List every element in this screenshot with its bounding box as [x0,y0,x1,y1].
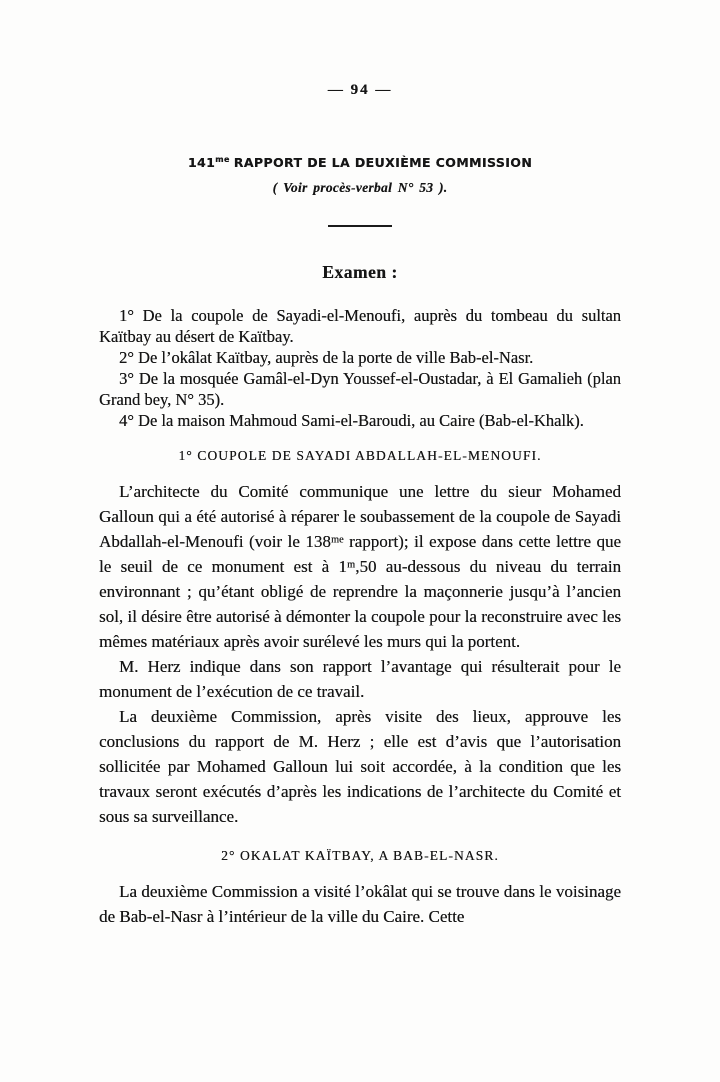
report-number: 141 [188,155,215,170]
report-subtitle: ( Voir procès-verbal N° 53 ). [99,179,621,197]
examen-item-1: 1° De la coupole de Sayadi-el-Menoufi, a… [99,305,621,347]
examen-heading: Examen : [99,261,621,283]
horizontal-rule [328,225,392,227]
section-2-paragraph-1: La deuxième Commission a visité l’okâlat… [99,879,621,929]
report-title: 141meRAPPORT DE LA DEUXIÈME COMMISSION [99,155,621,171]
examen-list: 1° De la coupole de Sayadi-el-Menoufi, a… [99,305,621,431]
section-1-paragraph-3: La deuxième Commission, après visite des… [99,704,621,829]
section-1-paragraph-2: M. Herz indique dans son rapport l’avant… [99,654,621,704]
section-2-heading: 2° OKALAT KAÏTBAY, A BAB-EL-NASR. [99,847,621,865]
examen-item-4: 4° De la maison Mahmoud Sami-el-Baroudi,… [99,410,621,431]
page-number: — 94 — [99,82,621,99]
text-block: — 94 — 141meRAPPORT DE LA DEUXIÈME COMMI… [99,0,621,929]
examen-item-3: 3° De la mosquée Gamâl-el-Dyn Youssef-el… [99,368,621,410]
scanned-document-page: — 94 — 141meRAPPORT DE LA DEUXIÈME COMMI… [0,0,720,1082]
report-number-ordinal: me [215,155,230,164]
examen-item-2: 2° De l’okâlat Kaïtbay, auprès de la por… [99,347,621,368]
section-1-paragraph-1: L’architecte du Comité communique une le… [99,479,621,654]
section-1-heading: 1° COUPOLE DE SAYADI ABDALLAH-EL-MENOUFI… [99,447,621,465]
report-title-text: RAPPORT DE LA DEUXIÈME COMMISSION [234,155,532,170]
